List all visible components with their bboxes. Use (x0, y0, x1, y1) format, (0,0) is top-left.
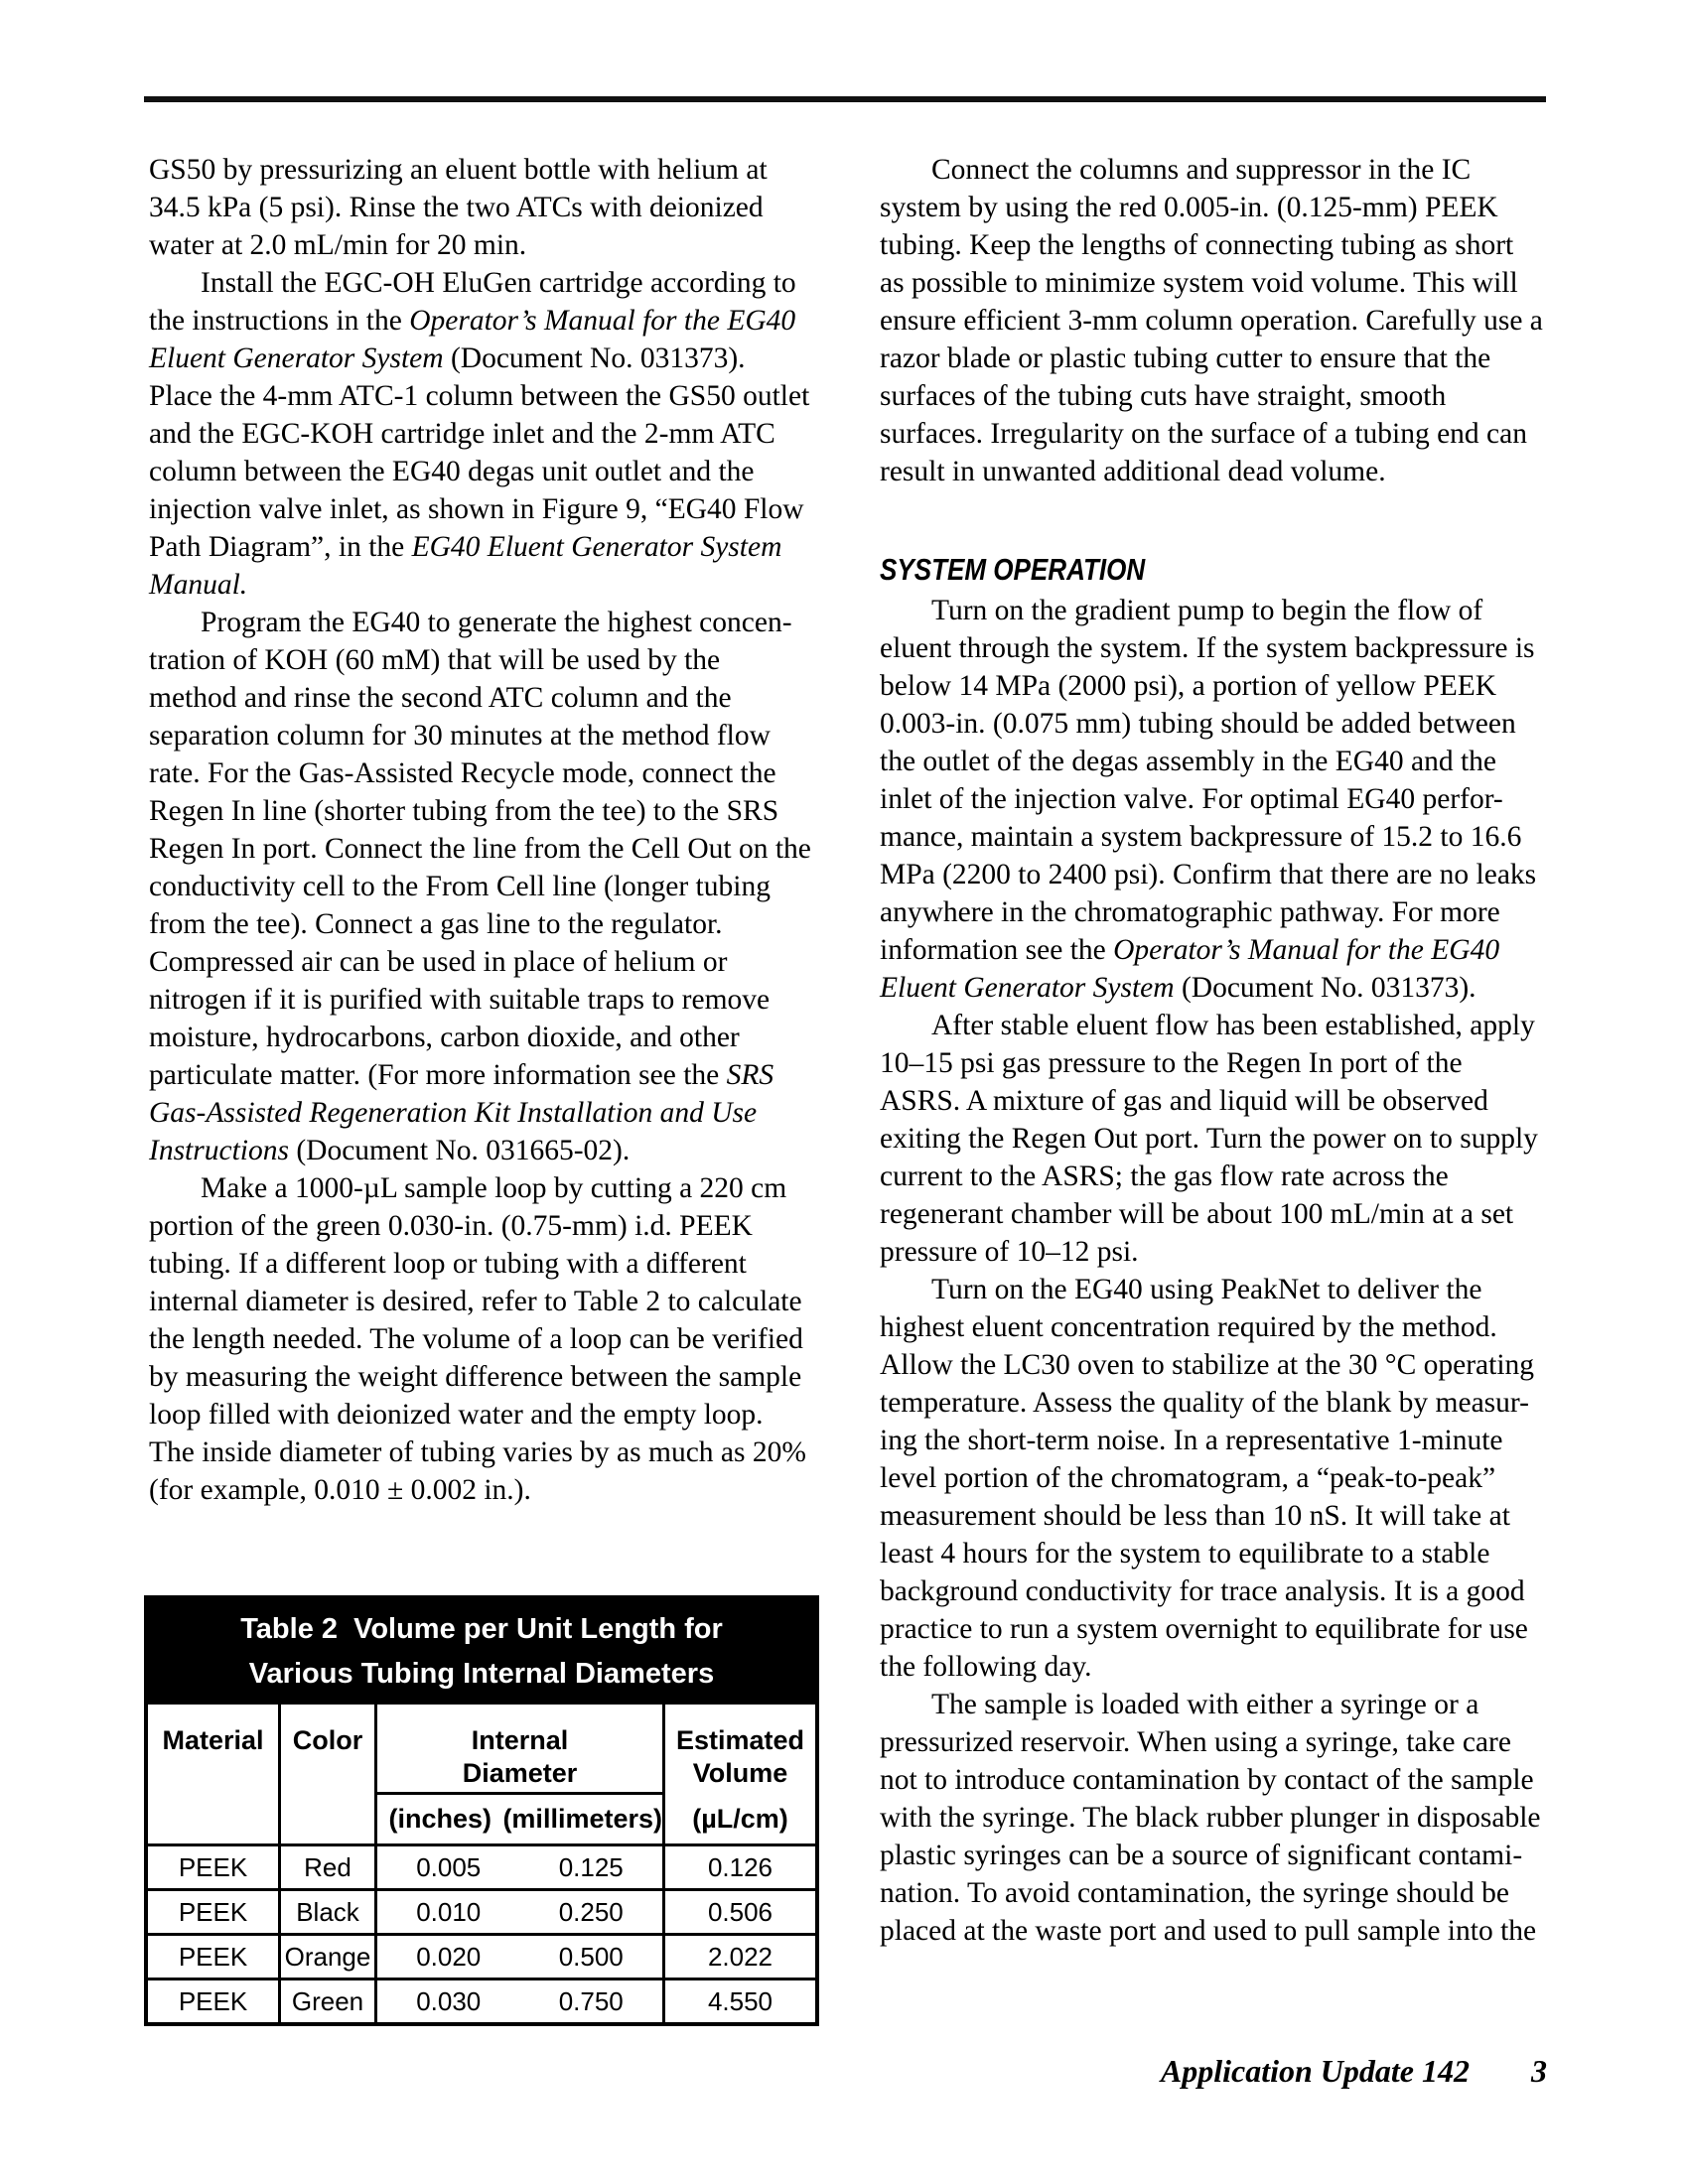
text-line: Eluent Generator System (Document No. 03… (880, 969, 1549, 1007)
italic-text-run: EG40 Eluent Generator System (412, 531, 782, 563)
text-line: least 4 hours for the system to equilibr… (880, 1535, 1549, 1572)
text-run: by measuring the weight difference betwe… (149, 1361, 801, 1393)
text-run: Place the 4-mm ATC-1 column between the … (149, 380, 809, 412)
text-run: with the syringe. The black rubber plung… (880, 1802, 1541, 1834)
text-run: measurement should be less than 10 nS. I… (880, 1500, 1510, 1532)
text-run: regenerant chamber will be about 100 mL/… (880, 1198, 1513, 1230)
text-run: Program the EG40 to generate the highest… (201, 607, 792, 638)
text-line: MPa (2200 to 2400 psi). Confirm that the… (880, 856, 1549, 893)
text-line: surfaces. Irregularity on the surface of… (880, 415, 1549, 453)
text-line: nation. To avoid contamination, the syri… (880, 1874, 1549, 1912)
table-title-line-1: Table 2 Volume per Unit Length for (240, 1613, 723, 1645)
italic-text-run: Gas-Assisted Regeneration Kit Installati… (149, 1097, 757, 1129)
cell-internal-diameter: 0.0300.750 (374, 1980, 662, 2022)
text-run: tration of KOH (60 mM) that will be used… (149, 644, 720, 676)
right-column-bottom: Turn on the gradient pump to begin the f… (880, 592, 1549, 1950)
cell-estimated-volume: 0.126 (662, 1846, 815, 1888)
text-line: 10–15 psi gas pressure to the Regen In p… (880, 1044, 1549, 1082)
text-run: surfaces of the tubing cuts have straigh… (880, 380, 1446, 412)
cell-inches: 0.030 (377, 1986, 520, 2017)
text-line: the outlet of the degas assembly in the … (880, 743, 1549, 780)
paragraph: Connect the columns and suppressor in th… (880, 151, 1549, 490)
cell-estimated-volume: 4.550 (662, 1980, 815, 2022)
text-line: column between the EG40 degas unit outle… (149, 453, 814, 490)
text-run: the following day. (880, 1651, 1092, 1683)
table-2: Table 2 Volume per Unit Length forVariou… (144, 1595, 819, 2026)
cell-millimeters: 0.125 (520, 1852, 663, 1883)
text-run: pressure of 10–12 psi. (880, 1236, 1139, 1268)
internal-diameter-units: (inches) (millimeters) (377, 1795, 662, 1843)
section-heading: SYSTEM OPERATION (880, 552, 1442, 588)
text-line: Turn on the EG40 using PeakNet to delive… (880, 1271, 1549, 1308)
text-line: Eluent Generator System (Document No. 03… (149, 340, 814, 377)
table-title: Table 2 Volume per Unit Length forVariou… (148, 1599, 815, 1705)
text-line: placed at the waste port and used to pul… (880, 1912, 1549, 1950)
text-line: by measuring the weight difference betwe… (149, 1358, 814, 1396)
text-line: practice to run a system overnight to eq… (880, 1610, 1549, 1648)
text-line: level portion of the chromatogram, a “pe… (880, 1459, 1549, 1497)
table-title-line-2: Various Tubing Internal Diameters (249, 1658, 714, 1690)
column-header-estimated-volume: Estimated Volume (µL/cm) (662, 1705, 815, 1843)
estimated-volume-label: Estimated Volume (665, 1705, 815, 1795)
text-run: anywhere in the chromatographic pathway.… (880, 896, 1500, 928)
text-line: Instructions (Document No. 031665-02). (149, 1132, 814, 1169)
text-run: ensure efficient 3-mm column operation. … (880, 305, 1543, 337)
text-line: tubing. Keep the lengths of connecting t… (880, 226, 1549, 264)
cell-material: PEEK (148, 1980, 278, 2022)
text-run: portion of the green 0.030-in. (0.75-mm)… (149, 1210, 753, 1242)
text-run: Regen In line (shorter tubing from the t… (149, 795, 778, 827)
text-run: from the tee). Connect a gas line to the… (149, 908, 723, 940)
text-line: result in unwanted additional dead volum… (880, 453, 1549, 490)
text-run: (for example, 0.010 ± 0.002 in.). (149, 1474, 531, 1506)
text-run: 10–15 psi gas pressure to the Regen In p… (880, 1047, 1463, 1079)
cell-estimated-volume: 2.022 (662, 1936, 815, 1978)
cell-color: Orange (278, 1936, 374, 1978)
text-run: column between the EG40 degas unit outle… (149, 456, 755, 487)
text-run: 0.003-in. (0.075 mm) tubing should be ad… (880, 708, 1516, 740)
text-line: method and rinse the second ATC column a… (149, 679, 814, 717)
text-line: the length needed. The volume of a loop … (149, 1320, 814, 1358)
cell-inches: 0.010 (377, 1897, 520, 1928)
text-line: as possible to minimize system void volu… (880, 264, 1549, 302)
italic-text-run: Instructions (149, 1135, 289, 1166)
text-run: and the EGC-KOH cartridge inlet and the … (149, 418, 775, 450)
text-line: regenerant chamber will be about 100 mL/… (880, 1195, 1549, 1233)
text-run: eluent through the system. If the system… (880, 632, 1535, 664)
footer-page-number: 3 (1531, 2051, 1547, 2091)
left-column: GS50 by pressurizing an eluent bottle wi… (149, 151, 814, 1509)
footer-publication-title: Application Update 142 (1161, 2051, 1470, 2091)
text-run: Allow the LC30 oven to stabilize at the … (880, 1349, 1534, 1381)
text-line: Manual. (149, 566, 814, 604)
millimeters-unit-label: (millimeters) (502, 1803, 662, 1836)
text-run: (Document No. 031373). (444, 342, 746, 374)
text-line: background conductivity for trace analys… (880, 1572, 1549, 1610)
text-line: The inside diameter of tubing varies by … (149, 1433, 814, 1471)
cell-inches: 0.005 (377, 1852, 520, 1883)
text-line: conductivity cell to the From Cell line … (149, 868, 814, 905)
text-line: ASRS. A mixture of gas and liquid will b… (880, 1082, 1549, 1120)
text-run: temperature. Assess the quality of the b… (880, 1387, 1529, 1419)
cell-millimeters: 0.750 (520, 1986, 663, 2017)
text-line: exiting the Regen Out port. Turn the pow… (880, 1120, 1549, 1158)
cell-inches: 0.020 (377, 1942, 520, 1973)
text-line: nitrogen if it is purified with suitable… (149, 981, 814, 1019)
table-row: PEEKGreen0.0300.7504.550 (148, 1978, 815, 2022)
cell-internal-diameter: 0.0200.500 (374, 1936, 662, 1978)
text-run: The inside diameter of tubing varies by … (149, 1436, 806, 1468)
text-run: least 4 hours for the system to equilibr… (880, 1538, 1489, 1570)
text-run: Install the EGC-OH EluGen cartridge acco… (201, 267, 796, 299)
text-line: plastic syringes can be a source of sign… (880, 1837, 1549, 1874)
text-line: Regen In line (shorter tubing from the t… (149, 792, 814, 830)
text-run: not to introduce contamination by contac… (880, 1764, 1534, 1796)
text-line: separation column for 30 minutes at the … (149, 717, 814, 754)
text-run: injection valve inlet, as shown in Figur… (149, 493, 804, 525)
text-run: moisture, hydrocarbons, carbon dioxide, … (149, 1022, 740, 1053)
text-run: system by using the red 0.005-in. (0.125… (880, 192, 1498, 223)
text-line: internal diameter is desired, refer to T… (149, 1283, 814, 1320)
text-run: information see the (880, 934, 1113, 966)
text-run: method and rinse the second ATC column a… (149, 682, 732, 714)
italic-text-run: Operator’s Manual for the EG40 (409, 305, 795, 337)
paragraph: Turn on the gradient pump to begin the f… (880, 592, 1549, 1007)
text-run: Connect the columns and suppressor in th… (931, 154, 1471, 186)
text-run: tubing. If a different loop or tubing wi… (149, 1248, 747, 1280)
italic-text-run: SRS (727, 1059, 774, 1091)
text-line: 34.5 kPa (5 psi). Rinse the two ATCs wit… (149, 189, 814, 226)
text-line: current to the ASRS; the gas flow rate a… (880, 1158, 1549, 1195)
text-line: razor blade or plastic tubing cutter to … (880, 340, 1549, 377)
italic-text-run: Operator’s Manual for the EG40 (1113, 934, 1499, 966)
text-run: separation column for 30 minutes at the … (149, 720, 771, 751)
text-run: ASRS. A mixture of gas and liquid will b… (880, 1085, 1488, 1117)
paragraph: After stable eluent flow has been establ… (880, 1007, 1549, 1271)
text-line: inlet of the injection valve. For optima… (880, 780, 1549, 818)
inches-unit-label: (inches) (377, 1803, 502, 1836)
text-line: Allow the LC30 oven to stabilize at the … (880, 1346, 1549, 1384)
cell-color: Black (278, 1891, 374, 1933)
text-run: razor blade or plastic tubing cutter to … (880, 342, 1490, 374)
paragraph: The sample is loaded with either a syrin… (880, 1686, 1549, 1950)
table-body: PEEKRed0.0050.1250.126PEEKBlack0.0100.25… (148, 1843, 815, 2022)
italic-text-run: Manual. (149, 569, 247, 601)
page-footer: Application Update 142 3 (880, 2051, 1547, 2091)
text-line: Program the EG40 to generate the highest… (149, 604, 814, 641)
text-run: the instructions in the (149, 305, 409, 337)
text-line: Compressed air can be used in place of h… (149, 943, 814, 981)
text-line: ensure efficient 3-mm column operation. … (880, 302, 1549, 340)
text-line: Make a 1000-µL sample loop by cutting a … (149, 1169, 814, 1207)
text-run: ing the short-term noise. In a represent… (880, 1425, 1503, 1456)
text-run: below 14 MPa (2000 psi), a portion of ye… (880, 670, 1496, 702)
text-line: Regen In port. Connect the line from the… (149, 830, 814, 868)
italic-text-run: Eluent Generator System (880, 972, 1175, 1004)
text-run: loop filled with deionized water and the… (149, 1399, 764, 1431)
text-run: Path Diagram”, in the (149, 531, 412, 563)
paragraph: Make a 1000-µL sample loop by cutting a … (149, 1169, 814, 1509)
text-run: The sample is loaded with either a syrin… (931, 1689, 1478, 1720)
text-line: information see the Operator’s Manual fo… (880, 931, 1549, 969)
text-line: not to introduce contamination by contac… (880, 1761, 1549, 1799)
text-run: background conductivity for trace analys… (880, 1575, 1525, 1607)
text-run: as possible to minimize system void volu… (880, 267, 1518, 299)
table-row: PEEKRed0.0050.1250.126 (148, 1843, 815, 1888)
italic-text-run: Eluent Generator System (149, 342, 444, 374)
text-line: The sample is loaded with either a syrin… (880, 1686, 1549, 1723)
text-run: internal diameter is desired, refer to T… (149, 1286, 802, 1317)
text-line: tubing. If a different loop or tubing wi… (149, 1245, 814, 1283)
text-line: system by using the red 0.005-in. (0.125… (880, 189, 1549, 226)
text-line: Turn on the gradient pump to begin the f… (880, 592, 1549, 629)
text-run: Regen In port. Connect the line from the… (149, 833, 811, 865)
ul-per-cm-unit-label: (µL/cm) (665, 1795, 815, 1843)
text-run: nation. To avoid contamination, the syri… (880, 1877, 1509, 1909)
text-line: injection valve inlet, as shown in Figur… (149, 490, 814, 528)
text-run: (Document No. 031373). (1175, 972, 1476, 1004)
text-line: highest eluent concentration required by… (880, 1308, 1549, 1346)
text-line: portion of the green 0.030-in. (0.75-mm)… (149, 1207, 814, 1245)
cell-millimeters: 0.250 (520, 1897, 663, 1928)
cell-internal-diameter: 0.0050.125 (374, 1846, 662, 1888)
text-line: ing the short-term noise. In a represent… (880, 1422, 1549, 1459)
text-line: loop filled with deionized water and the… (149, 1396, 814, 1433)
paragraph: Turn on the EG40 using PeakNet to delive… (880, 1271, 1549, 1686)
table-row: PEEKOrange0.0200.5002.022 (148, 1933, 815, 1978)
cell-material: PEEK (148, 1846, 278, 1888)
internal-diameter-label: Internal Diameter (377, 1705, 662, 1795)
paragraph: Install the EGC-OH EluGen cartridge acco… (149, 264, 814, 604)
text-run: Turn on the EG40 using PeakNet to delive… (931, 1274, 1481, 1305)
text-line: GS50 by pressurizing an eluent bottle wi… (149, 151, 814, 189)
table-row: PEEKBlack0.0100.2500.506 (148, 1888, 815, 1933)
column-header-material: Material (148, 1705, 278, 1843)
text-line: water at 2.0 mL/min for 20 min. (149, 226, 814, 264)
text-run: MPa (2200 to 2400 psi). Confirm that the… (880, 859, 1536, 890)
text-run: practice to run a system overnight to eq… (880, 1613, 1528, 1645)
cell-estimated-volume: 0.506 (662, 1891, 815, 1933)
text-run: placed at the waste port and used to pul… (880, 1915, 1536, 1947)
cell-color: Red (278, 1846, 374, 1888)
text-run: Turn on the gradient pump to begin the f… (931, 595, 1482, 626)
text-run: tubing. Keep the lengths of connecting t… (880, 229, 1513, 261)
text-run: mance, maintain a system backpressure of… (880, 821, 1521, 853)
right-column-top: Connect the columns and suppressor in th… (880, 151, 1549, 490)
text-run: conductivity cell to the From Cell line … (149, 871, 771, 902)
document-page: GS50 by pressurizing an eluent bottle wi… (0, 0, 1687, 2184)
text-run: 34.5 kPa (5 psi). Rinse the two ATCs wit… (149, 192, 764, 223)
text-line: temperature. Assess the quality of the b… (880, 1384, 1549, 1422)
text-line: moisture, hydrocarbons, carbon dioxide, … (149, 1019, 814, 1056)
text-run: the length needed. The volume of a loop … (149, 1323, 803, 1355)
text-run: water at 2.0 mL/min for 20 min. (149, 229, 526, 261)
text-line: anywhere in the chromatographic pathway.… (880, 893, 1549, 931)
text-run: After stable eluent flow has been establ… (931, 1010, 1535, 1041)
text-line: from the tee). Connect a gas line to the… (149, 905, 814, 943)
text-line: (for example, 0.010 ± 0.002 in.). (149, 1471, 814, 1509)
text-run: Make a 1000-µL sample loop by cutting a … (201, 1172, 786, 1204)
text-run: surfaces. Irregularity on the surface of… (880, 418, 1527, 450)
text-line: Gas-Assisted Regeneration Kit Installati… (149, 1094, 814, 1132)
column-header-color: Color (278, 1705, 374, 1843)
text-line: Connect the columns and suppressor in th… (880, 151, 1549, 189)
text-line: the following day. (880, 1648, 1549, 1686)
text-line: Place the 4-mm ATC-1 column between the … (149, 377, 814, 415)
text-line: below 14 MPa (2000 psi), a portion of ye… (880, 667, 1549, 705)
text-run: Compressed air can be used in place of h… (149, 946, 727, 978)
text-run: GS50 by pressurizing an eluent bottle wi… (149, 154, 768, 186)
text-line: Path Diagram”, in the EG40 Eluent Genera… (149, 528, 814, 566)
text-run: current to the ASRS; the gas flow rate a… (880, 1160, 1449, 1192)
text-line: mance, maintain a system backpressure of… (880, 818, 1549, 856)
text-run: particulate matter. (For more informatio… (149, 1059, 727, 1091)
text-line: pressure of 10–12 psi. (880, 1233, 1549, 1271)
text-run: nitrogen if it is purified with suitable… (149, 984, 770, 1016)
cell-material: PEEK (148, 1891, 278, 1933)
cell-color: Green (278, 1980, 374, 2022)
text-line: eluent through the system. If the system… (880, 629, 1549, 667)
text-line: the instructions in the Operator’s Manua… (149, 302, 814, 340)
text-run: highest eluent concentration required by… (880, 1311, 1497, 1343)
column-header-internal-diameter: Internal Diameter (inches) (millimeters) (374, 1705, 662, 1843)
text-run: result in unwanted additional dead volum… (880, 456, 1386, 487)
text-line: pressurized reservoir. When using a syri… (880, 1723, 1549, 1761)
text-line: measurement should be less than 10 nS. I… (880, 1497, 1549, 1535)
paragraph: Program the EG40 to generate the highest… (149, 604, 814, 1169)
right-column: Connect the columns and suppressor in th… (880, 151, 1549, 1950)
top-rule-divider (144, 96, 1546, 102)
text-run: level portion of the chromatogram, a “pe… (880, 1462, 1495, 1494)
text-line: 0.003-in. (0.075 mm) tubing should be ad… (880, 705, 1549, 743)
cell-millimeters: 0.500 (520, 1942, 663, 1973)
text-line: tration of KOH (60 mM) that will be used… (149, 641, 814, 679)
text-run: plastic syringes can be a source of sign… (880, 1840, 1522, 1871)
text-line: and the EGC-KOH cartridge inlet and the … (149, 415, 814, 453)
text-run: the outlet of the degas assembly in the … (880, 746, 1496, 777)
text-run: inlet of the injection valve. For optima… (880, 783, 1503, 815)
cell-material: PEEK (148, 1936, 278, 1978)
text-line: rate. For the Gas-Assisted Recycle mode,… (149, 754, 814, 792)
text-line: particulate matter. (For more informatio… (149, 1056, 814, 1094)
table-header-row: Material Color Internal Diameter (inches… (148, 1705, 815, 1843)
text-line: Install the EGC-OH EluGen cartridge acco… (149, 264, 814, 302)
text-run: (Document No. 031665-02). (289, 1135, 630, 1166)
text-line: surfaces of the tubing cuts have straigh… (880, 377, 1549, 415)
text-run: rate. For the Gas-Assisted Recycle mode,… (149, 757, 776, 789)
text-line: with the syringe. The black rubber plung… (880, 1799, 1549, 1837)
text-run: pressurized reservoir. When using a syri… (880, 1726, 1511, 1758)
text-run: exiting the Regen Out port. Turn the pow… (880, 1123, 1538, 1155)
text-line: After stable eluent flow has been establ… (880, 1007, 1549, 1044)
cell-internal-diameter: 0.0100.250 (374, 1891, 662, 1933)
paragraph: GS50 by pressurizing an eluent bottle wi… (149, 151, 814, 264)
